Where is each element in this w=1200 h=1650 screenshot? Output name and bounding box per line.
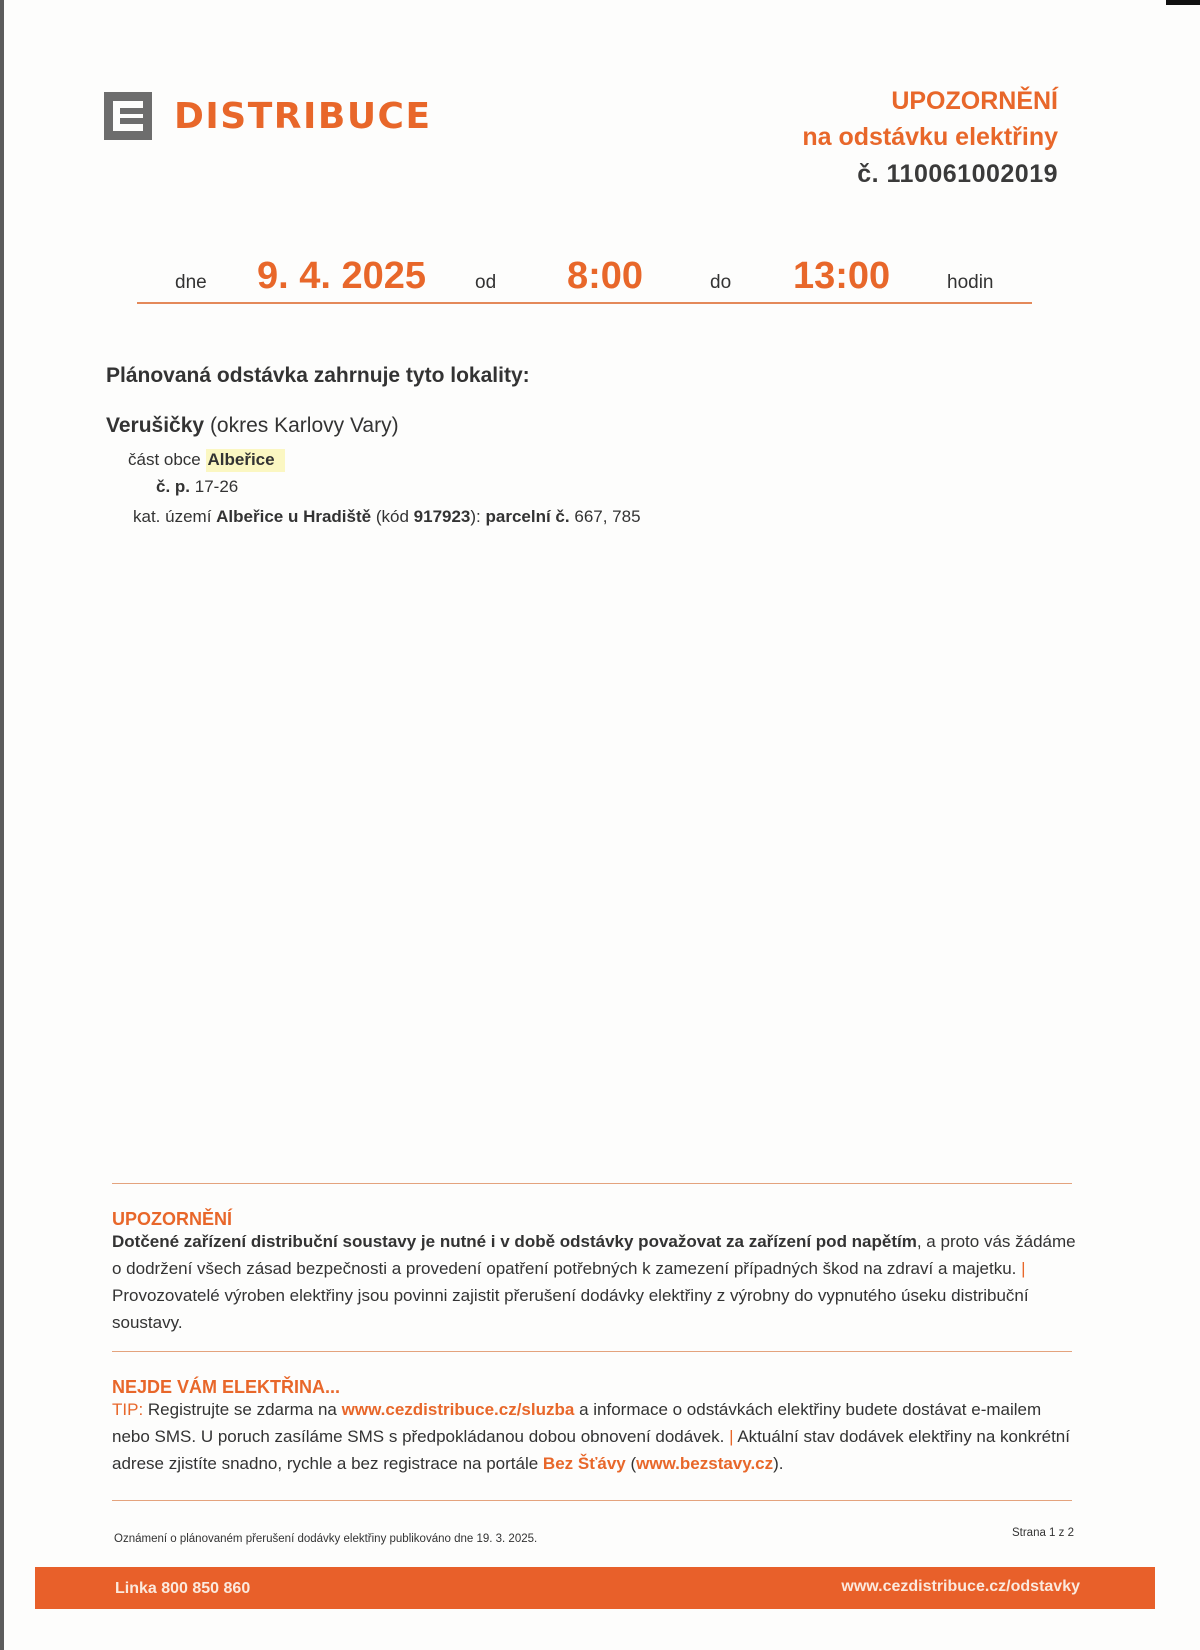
house-numbers: 17-26 [195, 477, 238, 496]
part-label: část obce [128, 450, 201, 469]
locations-title: Plánovaná odstávka zahrnuje tyto lokalit… [106, 364, 530, 388]
scan-corner-mark [1166, 0, 1200, 5]
brand-logo: DISTRIBUCE [104, 92, 432, 140]
outages-website-link[interactable]: www.cezdistribuce.cz/odstavky [841, 1578, 1080, 1596]
paren: ). [773, 1454, 783, 1473]
footer-bar: Linka 800 850 860 www.cezdistribuce.cz/o… [35, 1567, 1155, 1609]
district: (okres Karlovy Vary) [210, 414, 399, 437]
outage-schedule: dne 9. 4. 2025 od 8:00 do 13:00 hodin [137, 252, 1032, 304]
page-indicator: Strana 1 z 2 [1012, 1527, 1074, 1539]
warning-text-2: Provozovatelé výroben elektřiny jsou pov… [112, 1286, 1029, 1332]
municipality-line: Verušičky (okres Karlovy Vary) [106, 414, 399, 438]
scan-edge [0, 0, 4, 1650]
notice-number: č. 110061002019 [802, 156, 1058, 192]
warning-bold-text: Dotčené zařízení distribuční soustavy je… [112, 1232, 917, 1251]
part-name: Albeřice [206, 449, 285, 472]
code-label-close: ): [470, 507, 480, 526]
tip-label: TIP: [112, 1400, 143, 1419]
cadastral-code: 917923 [414, 507, 471, 526]
municipality-part-line: část obce Albeřice [128, 450, 285, 470]
cez-e-logo-icon [104, 92, 152, 140]
from-label: od [475, 272, 496, 294]
outage-date: 9. 4. 2025 [257, 255, 426, 298]
tip-text: TIP: Registrujte se zdarma na www.cezdis… [112, 1396, 1082, 1477]
code-label: (kód [376, 507, 409, 526]
hotline: Linka 800 850 860 [115, 1580, 250, 1598]
date-label: dne [175, 272, 207, 294]
notice-heading: UPOZORNĚNÍ na odstávku elektřiny č. 1100… [802, 84, 1058, 192]
divider [112, 1183, 1072, 1184]
divider [112, 1351, 1072, 1352]
cadastral-label: kat. území [133, 507, 211, 526]
registration-link[interactable]: www.cezdistribuce.cz/sluzba [342, 1400, 575, 1419]
portal-name[interactable]: Bez Šťávy [543, 1454, 626, 1473]
house-numbers-line: č. p. 17-26 [156, 477, 238, 497]
bezstavy-link[interactable]: www.bezstavy.cz [636, 1454, 773, 1473]
warning-text: Dotčené zařízení distribuční soustavy je… [112, 1228, 1082, 1336]
divider [112, 1500, 1072, 1501]
start-time: 8:00 [567, 255, 643, 298]
cadastral-name: Albeřice u Hradiště [216, 507, 371, 526]
tip-text-1: Registrujte se zdarma na [148, 1400, 337, 1419]
notice-subtitle: na odstávku elektřiny [802, 118, 1058, 156]
to-label: do [710, 272, 731, 294]
separator: | [729, 1427, 733, 1446]
warning-title: UPOZORNĚNÍ [112, 1209, 232, 1230]
separator: | [1021, 1259, 1025, 1278]
end-time: 13:00 [793, 255, 890, 298]
notice-title: UPOZORNĚNÍ [802, 84, 1058, 118]
municipality-name: Verušičky [106, 414, 204, 437]
hours-label: hodin [947, 272, 994, 294]
tip-title: NEJDE VÁM ELEKTŘINA... [112, 1377, 340, 1398]
cadastral-line: kat. území Albeřice u Hradiště (kód 9179… [133, 507, 641, 527]
brand-name: DISTRIBUCE [174, 96, 432, 137]
parcel-label: parcelní č. [486, 507, 570, 526]
house-numbers-label: č. p. [156, 477, 190, 496]
publication-note: Oznámení o plánovaném přerušení dodávky … [114, 1533, 537, 1545]
parcel-numbers: 667, 785 [574, 507, 640, 526]
